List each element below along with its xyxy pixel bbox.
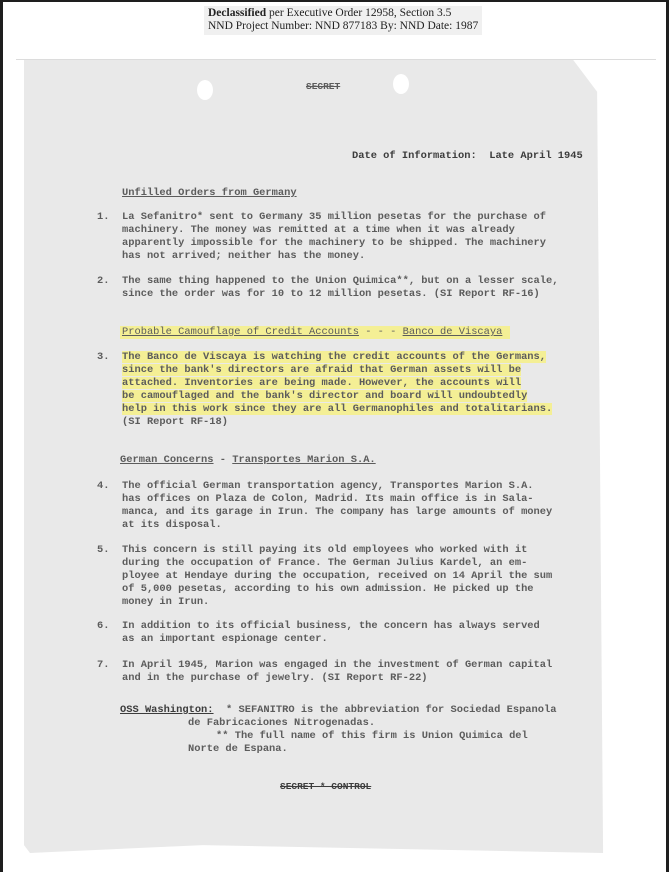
classification-bottom: SECRET * CONTROL	[280, 780, 371, 793]
heading-camouflage-part1: Probable Camouflage of Credit Accounts	[122, 326, 359, 338]
footnote-2-line-1: ** The full name of this firm is Union Q…	[216, 730, 528, 743]
item-text-5: This concern is still paying its old emp…	[122, 544, 602, 609]
item-number-4: 4.	[97, 480, 109, 492]
section-heading-unfilled-orders: Unfilled Orders from Germany	[122, 187, 297, 200]
item-text-7: In April 1945, Marion was engaged in the…	[122, 659, 602, 685]
item-number-2: 2.	[97, 275, 109, 287]
window-frame-top	[0, 0, 669, 2]
date-of-information: Date of Information: Late April 1945	[352, 150, 583, 163]
classification-top: SECRET	[306, 80, 340, 93]
footnote-1-line-2: de Fabricaciones Nitrogenadas.	[188, 717, 375, 730]
date-label: Date of Information:	[352, 150, 477, 162]
section-heading-camouflage: Probable Camouflage of Credit Accounts -…	[120, 326, 510, 339]
footnote-1-line-1: * SEFANITRO is the abbreviation for Soci…	[226, 704, 556, 717]
scan-border-line	[16, 59, 656, 60]
heading-camouflage-sep: - - -	[359, 326, 403, 338]
window-frame-left	[0, 0, 3, 872]
item-text-2: The same thing happened to the Union Qui…	[122, 275, 602, 301]
item-number-1: 1.	[97, 211, 109, 223]
declassification-stamp: Declassified per Executive Order 12958, …	[204, 6, 482, 35]
punch-hole-left	[197, 80, 213, 100]
item-number-7: 7.	[97, 659, 109, 671]
heading-concerns-part2: Transportes Marion S.A.	[232, 454, 375, 466]
section-heading-german-concerns: German Concerns - Transportes Marion S.A…	[120, 454, 376, 467]
stamp-project-number: NND Project Number: NND 877183 By: NND D…	[208, 20, 478, 33]
item-text-1: La Sefanitro* sent to Germany 35 million…	[122, 211, 602, 263]
item-text-3: The Banco de Viscaya is watching the cre…	[122, 351, 602, 416]
date-value: Late April 1945	[489, 150, 583, 162]
item-3-citation: (SI Report RF-18)	[122, 416, 228, 429]
punch-hole-right	[393, 74, 409, 94]
heading-concerns-part1: German Concerns	[120, 454, 214, 466]
stamp-order: per Executive Order 12958, Section 3.5	[266, 7, 451, 19]
item-text-3-highlighted: The Banco de Viscaya is watching the cre…	[122, 351, 552, 415]
item-number-5: 5.	[97, 544, 109, 556]
heading-concerns-sep: -	[214, 454, 233, 466]
footnote-2-line-2: Norte de Espana.	[188, 743, 288, 756]
item-text-6: In addition to its official business, th…	[122, 620, 602, 646]
footnote-label: OSS Washington:	[120, 704, 214, 717]
stamp-declassified: Declassified	[208, 7, 266, 19]
item-number-6: 6.	[97, 620, 109, 632]
heading-camouflage-part2: Banco de Viscaya	[403, 326, 503, 338]
item-text-4: The official German transportation agenc…	[122, 480, 602, 532]
item-number-3: 3.	[97, 351, 109, 363]
